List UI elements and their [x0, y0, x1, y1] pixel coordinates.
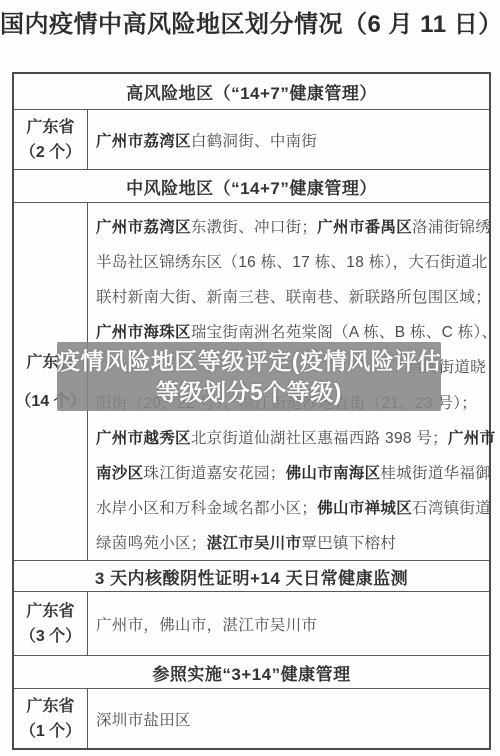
text-segment: 桂城街道华福御 [380, 461, 491, 483]
section-header-label: 高风险地区（“14+7”健康管理） [126, 79, 377, 104]
section-header-label: 3 天内核酸阴性证明+14 天日常健康监测 [95, 564, 408, 589]
text-segment: 半岛社区锦绣东区（16 栋、17 栋、18 栋），大石街道北 [96, 250, 487, 272]
region-line: 深圳市盐田区 [96, 708, 486, 730]
text-segment: 北京街道仙湖社区惠福西路 398 号； [191, 426, 448, 448]
text-segment: 白鹤洞街、中南街 [191, 129, 317, 151]
text-segment: 湛江市吴川市 [207, 531, 302, 553]
text-segment: 水岸小区和万科金域名都小区； [96, 496, 317, 518]
section-header-label: 中风险地区（“14+7”健康管理） [126, 174, 377, 199]
text-segment: 深圳市盐田区 [96, 708, 191, 730]
region-line: 广州市荔湾区东漖街、冲口街；广州市番禺区洛浦街锦绣 [96, 208, 486, 243]
text-segment: 联村新南大街、新南三巷、联南巷、新联路所包围区域； [96, 285, 491, 307]
region-text: 广州市荔湾区白鹤洞街、中南街 [88, 110, 489, 169]
region-line: 联村新南大街、新南三巷、联南巷、新联路所包围区域； [96, 278, 486, 313]
data-row: 广东省（3 个）广州市，佛山市，湛江市吴川市 [14, 591, 489, 655]
risk-table: 高风险地区（“14+7”健康管理）广东省（2 个）广州市荔湾区白鹤洞街、中南街中… [12, 72, 491, 750]
section-header-row: 参照实施“3+14”健康管理 [14, 655, 489, 688]
region-line: 半岛社区锦绣东区（16 栋、17 栋、18 栋），大石街道北 [96, 243, 486, 278]
region-line: 南沙区珠江街道嘉安花园；佛山市南海区桂城街道华福御 [96, 454, 486, 489]
province-cell: 广东省（1 个） [14, 689, 88, 748]
region-text: 深圳市盐田区 [88, 689, 489, 748]
region-line: 绿茵鸣苑小区；湛江市吴川市覃巴镇下榕村 [96, 525, 486, 560]
watermark-line2: 等级划分5个等级) [156, 377, 342, 408]
text-segment: 广州市荔湾区 [96, 129, 191, 151]
data-row: 广东省（1 个）深圳市盐田区 [14, 688, 489, 748]
text-segment: 广州市番禺区 [317, 215, 412, 237]
page-title: 国内疫情中高风险地区划分情况（6 月 11 日） [0, 4, 500, 39]
province-name: 广东省 [26, 115, 74, 140]
section-header-row: 3 天内核酸阴性证明+14 天日常健康监测 [14, 560, 489, 591]
data-row: 广东省（2 个）广州市荔湾区白鹤洞街、中南街 [14, 109, 489, 169]
text-segment: 洛浦街锦绣 [412, 215, 491, 237]
text-segment: 广州市越秀区 [96, 426, 191, 448]
text-segment: 佛山市南海区 [286, 461, 381, 483]
province-name: 广东省 [26, 694, 74, 719]
text-segment: 南沙区 [96, 461, 143, 483]
watermark-line1: 疫情风险地区等级评定(疫情风险评估 [57, 346, 441, 377]
section-header-row: 中风险地区（“14+7”健康管理） [14, 169, 489, 202]
text-segment: 绿茵鸣苑小区； [96, 531, 207, 553]
province-count: （1 个） [20, 719, 81, 744]
text-segment: 石湾镇街道 [412, 496, 491, 518]
section-header-label: 参照实施“3+14”健康管理 [152, 660, 350, 685]
text-segment: 广州市荔湾区 [96, 215, 191, 237]
province-count: （2 个） [20, 140, 81, 165]
region-line: 广州市荔湾区白鹤洞街、中南街 [96, 129, 486, 151]
text-segment: 广州市 [448, 426, 495, 448]
text-segment: 佛山市禅城区 [317, 496, 412, 518]
region-line: 广州市，佛山市，湛江市吴川市 [96, 613, 486, 635]
text-segment: 广州市，佛山市，湛江市吴川市 [96, 613, 317, 635]
region-text: 广州市，佛山市，湛江市吴川市 [88, 592, 489, 655]
region-line: 水岸小区和万科金域名都小区；佛山市禅城区石湾镇街道 [96, 490, 486, 525]
province-count: （3 个） [20, 624, 81, 649]
text-segment: 覃巴镇下榕村 [301, 531, 396, 553]
text-segment: 东漖街、冲口街； [191, 215, 317, 237]
section-header-row: 高风险地区（“14+7”健康管理） [14, 74, 489, 109]
text-segment: 广州市海珠区 [96, 320, 191, 342]
province-name: 广东省 [26, 599, 74, 624]
province-cell: 广东省（2 个） [14, 110, 88, 169]
text-segment: 珠江街道嘉安花园； [143, 461, 285, 483]
watermark-overlay: 疫情风险地区等级评定(疫情风险评估 等级划分5个等级) [57, 342, 441, 411]
province-cell: 广东省（3 个） [14, 592, 88, 655]
text-segment: 瑞宝街南洲名苑棠阁（A 栋、B 栋、C 栋）、 [191, 320, 498, 342]
region-line: 广州市越秀区北京街道仙湖社区惠福西路 398 号；广州市 [96, 419, 486, 454]
